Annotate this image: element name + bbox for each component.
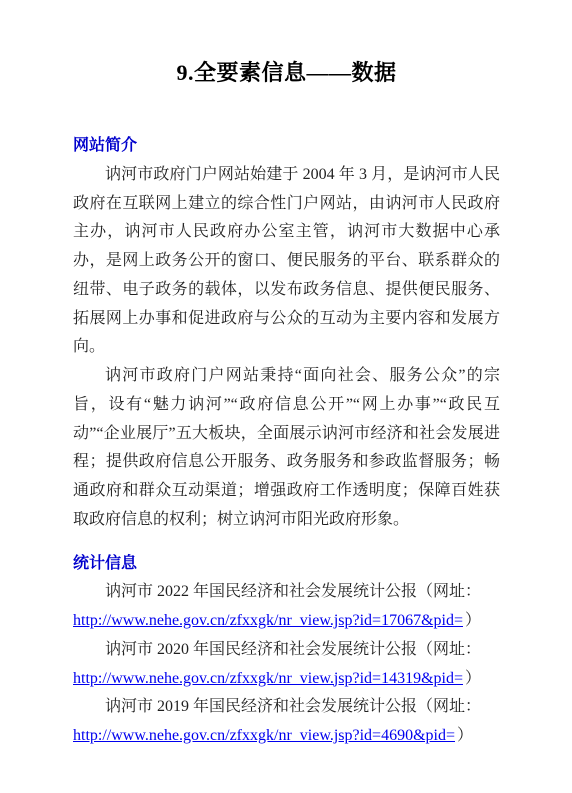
statistics-entry-2022-suffix: ） [463, 612, 481, 629]
statistics-entry-2020-label: 讷河市 2020 年国民经济和社会发展统计公报（网址： [73, 636, 500, 665]
statistics-entry-2022-label: 讷河市 2022 年国民经济和社会发展统计公报（网址： [73, 578, 500, 607]
statistics-bulletin-2019-link[interactable]: http://www.nehe.gov.cn/zfxxgk/nr_view.js… [73, 727, 455, 744]
statistics-entry-2019-linkline: http://www.nehe.gov.cn/zfxxgk/nr_view.js… [73, 722, 500, 751]
statistics-entry-2020-linkline: http://www.nehe.gov.cn/zfxxgk/nr_view.js… [73, 665, 500, 694]
website-intro-paragraph-1: 讷河市政府门户网站始建于 2004 年 3 月，是讷河市人民政府在互联网上建立的… [73, 161, 500, 362]
statistics-bulletin-2020-link[interactable]: http://www.nehe.gov.cn/zfxxgk/nr_view.js… [73, 670, 463, 687]
statistics-entry-2022-linkline: http://www.nehe.gov.cn/zfxxgk/nr_view.js… [73, 607, 500, 636]
statistics-bulletin-2022-link[interactable]: http://www.nehe.gov.cn/zfxxgk/nr_view.js… [73, 612, 463, 629]
page-title: 9.全要素信息——数据 [73, 56, 500, 90]
statistics-entry-2020-suffix: ） [463, 670, 481, 687]
document-page: 9.全要素信息——数据 网站简介 讷河市政府门户网站始建于 2004 年 3 月… [0, 0, 572, 793]
statistics-entries: 讷河市 2022 年国民经济和社会发展统计公报（网址： http://www.n… [73, 578, 500, 751]
statistics-entry-2020: 讷河市 2020 年国民经济和社会发展统计公报（网址： http://www.n… [73, 636, 500, 694]
statistics-entry-2022: 讷河市 2022 年国民经济和社会发展统计公报（网址： http://www.n… [73, 578, 500, 636]
section-heading-website-intro: 网站简介 [73, 132, 500, 161]
statistics-entry-2019: 讷河市 2019 年国民经济和社会发展统计公报（网址： http://www.n… [73, 693, 500, 751]
section-heading-statistics: 统计信息 [73, 550, 500, 579]
website-intro-paragraph-2: 讷河市政府门户网站秉持“面向社会、服务公众”的宗旨，设有“魅力讷河”“政府信息公… [73, 362, 500, 535]
statistics-entry-2019-label: 讷河市 2019 年国民经济和社会发展统计公报（网址： [73, 693, 500, 722]
statistics-entry-2019-suffix: ） [455, 727, 473, 744]
